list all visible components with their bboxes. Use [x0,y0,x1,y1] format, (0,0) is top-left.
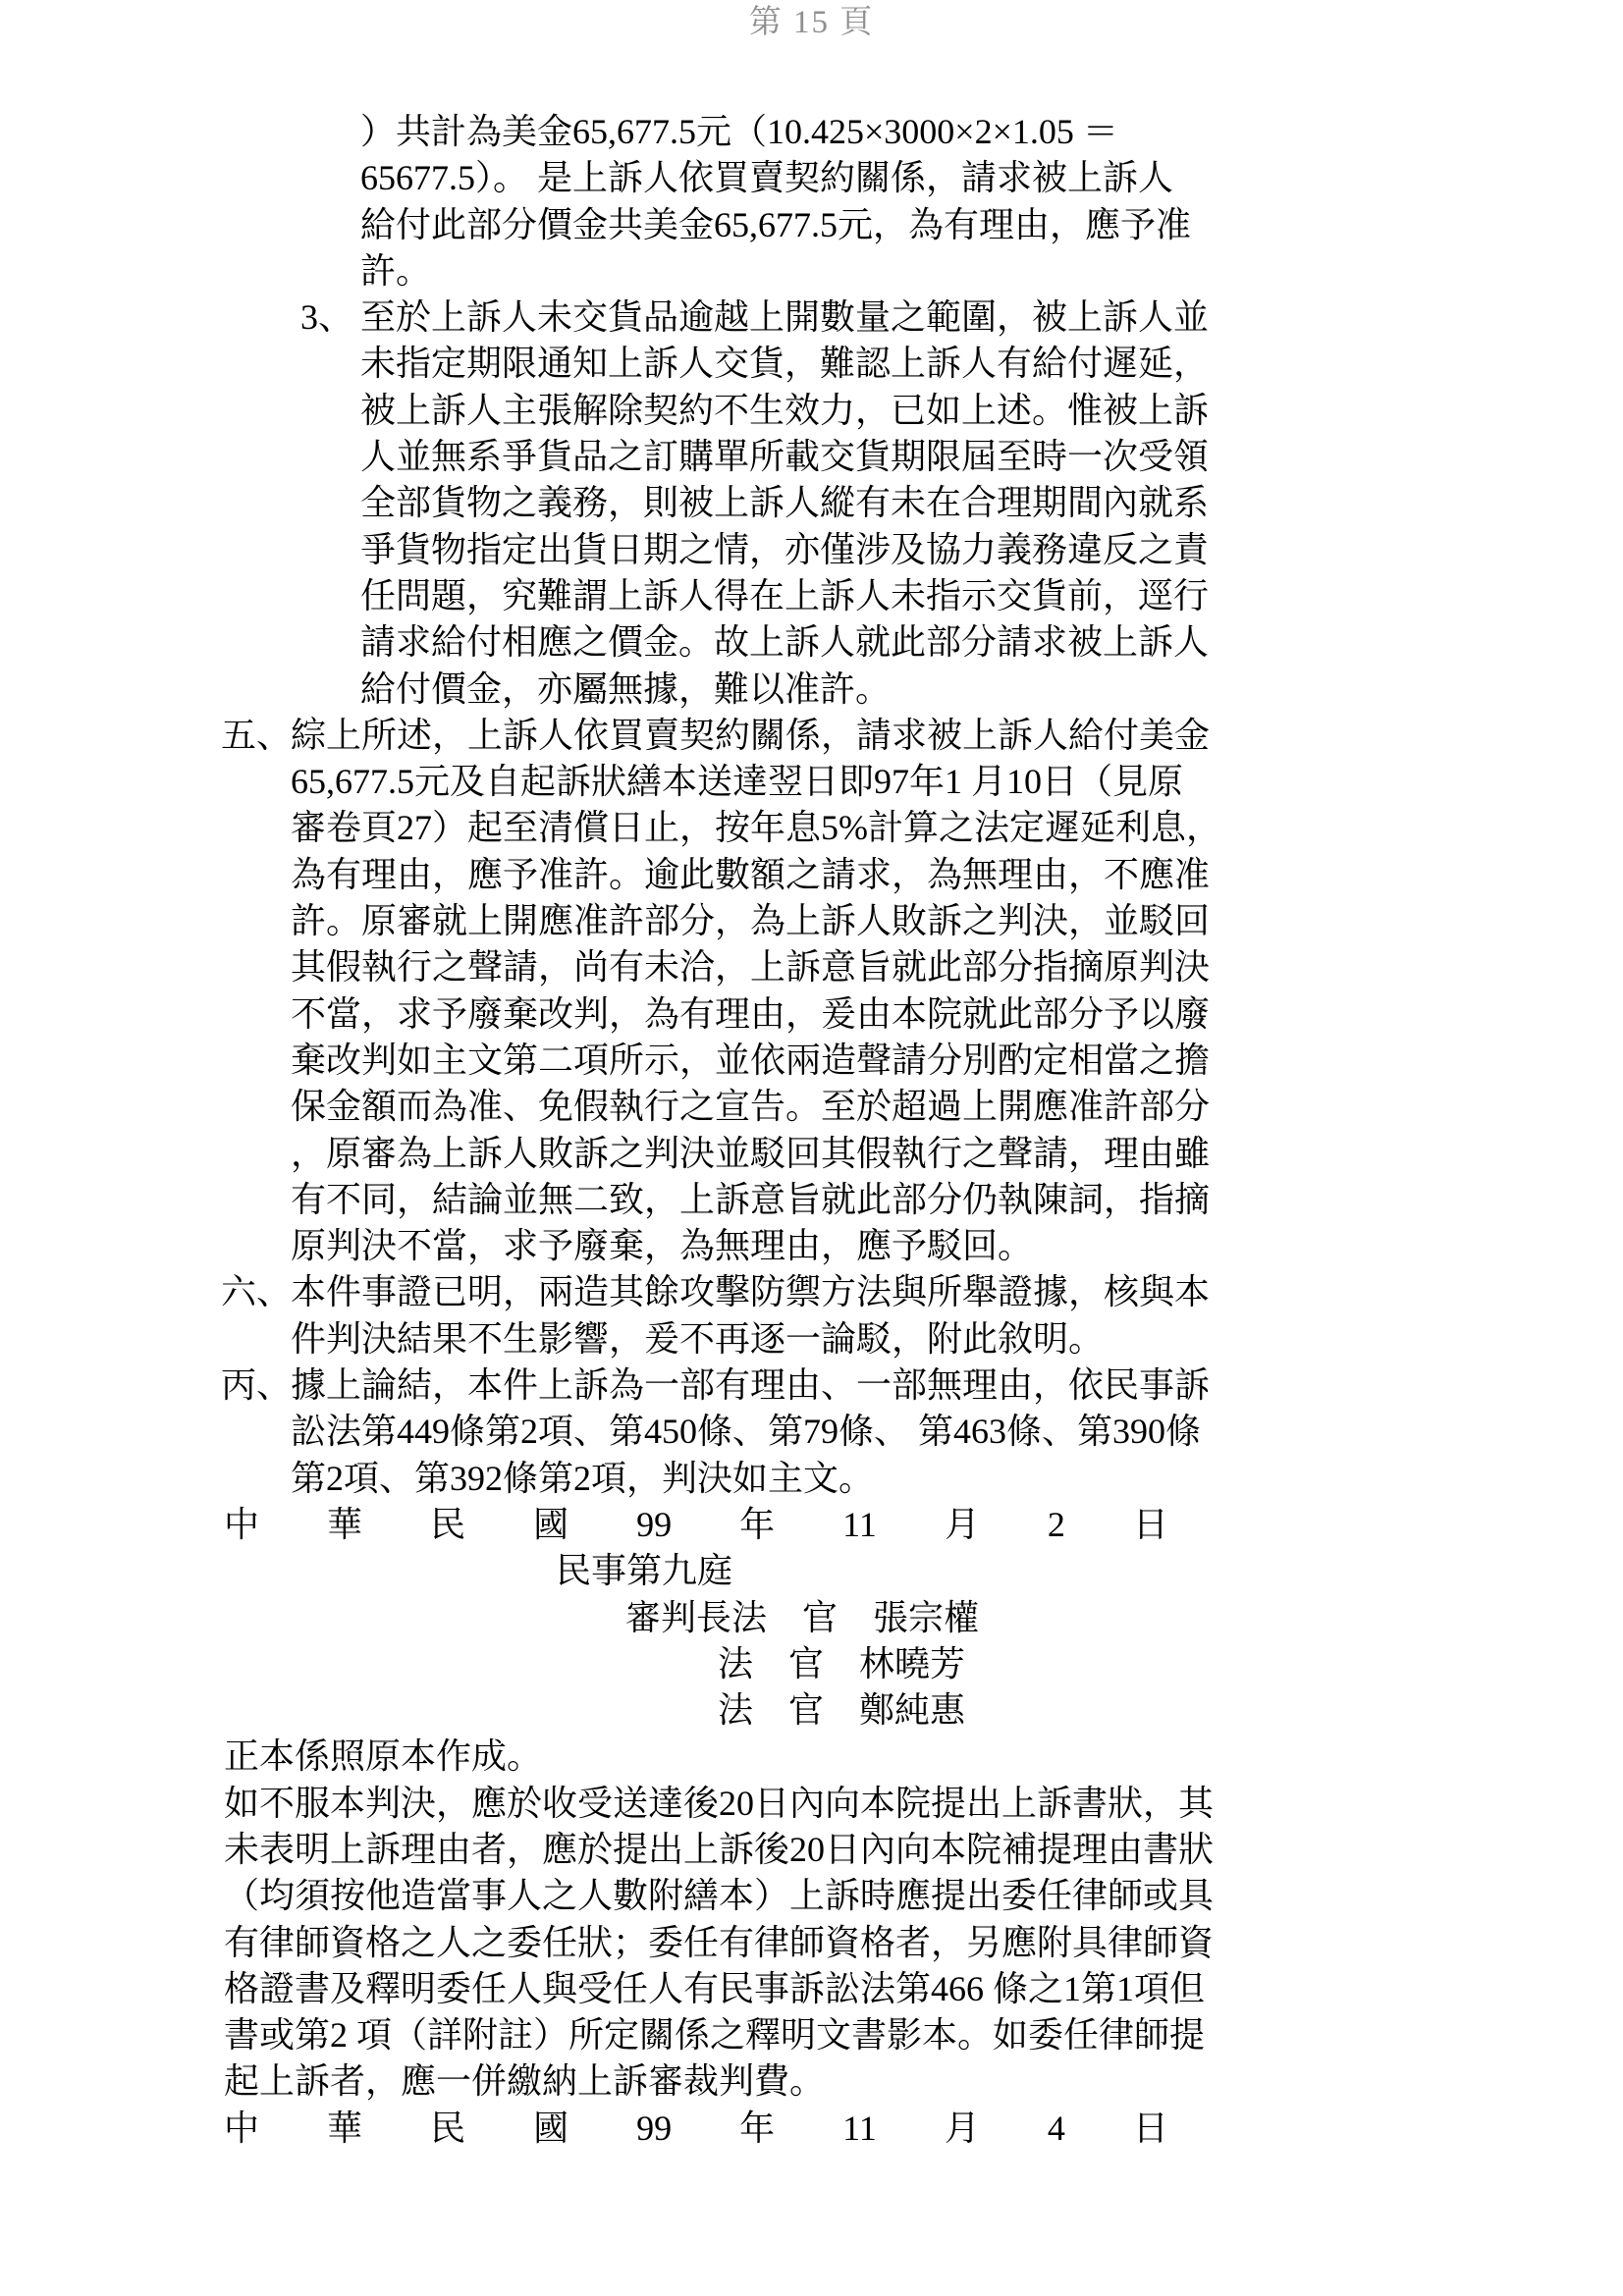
text-line: 件判決結果不生影響，爰不再逐一論駁，附此敘明。 [0,1316,1623,1362]
line-text: 書或第2 項（詳附註）所定關係之釋明文書影本。如委任律師提 [224,2015,1205,2055]
date-token: 日 [1133,1502,1168,1548]
page-footer: 第 15 頁 [0,0,1623,46]
text-line: 請求給付相應之價金。故上訴人就此部分請求被上訴人 [0,619,1623,666]
text-line: 給付此部分價金共美金65,677.5元，為有理由，應予准 [0,202,1623,248]
text-line: 法 官 林曉芳 [0,1641,1623,1687]
line-text: ）共計為美金65,677.5元（10.425×3000×2×1.05 ＝ [360,112,1118,151]
text-line: 3、至於上訴人未交貨品逾越上開數量之範圍，被上訴人並 [0,294,1623,341]
line-text: 有律師資格之人之委任狀；委任有律師資格者，另應附具律師資 [224,1923,1214,1962]
line-text: ，原審為上訴人敗訴之判決並駁回其假執行之聲請，理由雖 [291,1134,1210,1173]
line-text: 有不同，結論並無二致，上訴意旨就此部分仍執陳詞，指摘 [291,1180,1210,1219]
line-text: 任問題，究難謂上訴人得在上訴人未指示交貨前，逕行 [360,576,1209,615]
date-token: 國 [533,2106,568,2152]
line-text: （均須按他造當事人之人數附繕本）上訴時應提出委任律師或具 [224,1876,1214,1915]
text-line: 原判決不當，求予廢棄，為無理由，應予駁回。 [0,1223,1623,1269]
line-text: 不當，求予廢棄改判，為有理由，爰由本院就此部分予以廢 [291,994,1210,1034]
text-line: 有律師資格之人之委任狀；委任有律師資格者，另應附具律師資 [0,1920,1623,1966]
text-line: 任問題，究難謂上訴人得在上訴人未指示交貨前，逕行 [0,573,1623,619]
line-text: 65,677.5元及自起訴狀繕本送達翌日即97年1 月10日（見原 [291,762,1183,801]
text-line: 65,677.5元及自起訴狀繕本送達翌日即97年1 月10日（見原 [0,759,1623,805]
date-token: 11 [842,1502,877,1548]
text-line: 起上訴者，應一併繳納上訴審裁判費。 [0,2058,1623,2105]
date-token: 國 [533,1502,568,1548]
text-line: ，原審為上訴人敗訴之判決並駁回其假執行之聲請，理由雖 [0,1131,1623,1177]
text-line: ）共計為美金65,677.5元（10.425×3000×2×1.05 ＝ [0,109,1623,155]
text-line: 爭貨物指定出貨日期之情，亦僅涉及協力義務違反之責 [0,527,1623,573]
date-token: 民 [430,1502,465,1548]
line-text: 被上訴人主張解除契約不生效力，已如上述。惟被上訴 [360,391,1209,430]
text-line: 正本係照原本作成。 [0,1734,1623,1780]
text-line: 許。原審就上開應准許部分，為上訴人敗訴之判決，並駁回 [0,898,1623,944]
date-token: 中 [224,2106,259,2152]
line-text: 未指定期限通知上訴人交貨，難認上訴人有給付遲延， [360,344,1209,383]
line-text: 訟法第449條第2項、第450條、第79條、 第463條、第390條 [291,1412,1201,1451]
date-line: 中華民國99年11月4日 [0,2106,1168,2152]
date-token: 年 [739,1502,775,1548]
line-text: 本件事證已明，兩造其餘攻擊防禦方法與所舉證據，核與本 [291,1272,1210,1311]
text-line: 保金額而為准、免假執行之宣告。至於超過上開應准許部分 [0,1084,1623,1130]
line-text: 如不服本判決，應於收受送達後20日內向本院提出上訴書狀，其 [224,1784,1214,1823]
date-token: 月 [945,2106,980,2152]
line-text: 許。原審就上開應准許部分，為上訴人敗訴之判決，並駁回 [291,901,1210,940]
text-line: 其假執行之聲請，尚有未洽，上訴意旨就此部分指摘原判決 [0,944,1623,990]
line-text: 第2項、第392條第2項，判決如主文。 [291,1459,874,1498]
date-token: 民 [430,2106,465,2152]
text-line: 審判長法 官 張宗權 [0,1595,1623,1641]
date-token: 中 [224,1502,259,1548]
text-line: 為有理由，應予准許。逾此數額之請求，為無理由，不應准 [0,852,1623,898]
line-text: 棄改判如主文第二項所示，並依兩造聲請分別酌定相當之擔 [291,1041,1210,1080]
line-text: 爭貨物指定出貨日期之情，亦僅涉及協力義務違反之責 [360,530,1209,569]
line-text: 格證書及釋明委任人與受任人有民事訴訟法第466 條之1第1項但 [224,1969,1205,2008]
text-line: 棄改判如主文第二項所示，並依兩造聲請分別酌定相當之擔 [0,1038,1623,1084]
line-text: 給付此部分價金共美金65,677.5元，為有理由，應予准 [360,205,1191,244]
date-token: 11 [842,2106,877,2152]
line-text: 許。 [360,251,431,291]
date-line: 中華民國99年11月2日 [0,1502,1168,1548]
date-token: 月 [945,1502,980,1548]
list-marker: 3、 [300,294,353,341]
text-line: 給付價金，亦屬無據，難以准許。 [0,667,1623,713]
text-line: 未指定期限通知上訴人交貨，難認上訴人有給付遲延， [0,341,1623,387]
text-line: 不當，求予廢棄改判，為有理由，爰由本院就此部分予以廢 [0,991,1623,1038]
line-text: 民事第九庭 [556,1551,732,1590]
text-line: （均須按他造當事人之人數附繕本）上訴時應提出委任律師或具 [0,1873,1623,1919]
line-text: 法 官 林曉芳 [718,1644,965,1683]
date-token: 99 [636,1502,672,1548]
line-text: 65677.5）。 是上訴人依買賣契約關係，請求被上訴人 [360,158,1173,197]
judgment-text: ）共計為美金65,677.5元（10.425×3000×2×1.05 ＝6567… [0,109,1623,2152]
line-text: 未表明上訴理由者，應於提出上訴後20日內向本院補提理由書狀 [224,1830,1214,1869]
line-text: 審判長法 官 張宗權 [625,1598,979,1637]
list-marker: 丙、 [221,1362,292,1409]
text-line: 六、本件事證已明，兩造其餘攻擊防禦方法與所舉證據，核與本 [0,1269,1623,1315]
text-line: 人並無系爭貨品之訂購單所載交貨期限屆至時一次受領 [0,434,1623,480]
text-line: 有不同，結論並無二致，上訴意旨就此部分仍執陳詞，指摘 [0,1177,1623,1223]
text-line: 法 官 鄭純惠 [0,1687,1623,1734]
list-marker: 五、 [221,713,292,759]
judgment-page: ）共計為美金65,677.5元（10.425×3000×2×1.05 ＝6567… [0,0,1623,2296]
list-marker: 六、 [221,1269,292,1315]
text-line: 被上訴人主張解除契約不生效力，已如上述。惟被上訴 [0,388,1623,434]
date-token: 2 [1048,1502,1065,1548]
line-text: 原判決不當，求予廢棄，為無理由，應予駁回。 [291,1226,1033,1265]
text-line: 如不服本判決，應於收受送達後20日內向本院提出上訴書狀，其 [0,1781,1623,1827]
date-token: 華 [327,1502,362,1548]
line-text: 為有理由，應予准許。逾此數額之請求，為無理由，不應准 [291,855,1210,894]
line-text: 人並無系爭貨品之訂購單所載交貨期限屆至時一次受領 [360,437,1209,476]
text-line: 格證書及釋明委任人與受任人有民事訴訟法第466 條之1第1項但 [0,1966,1623,2012]
line-text: 起上訴者，應一併繳納上訴審裁判費。 [224,2061,825,2101]
line-text: 全部貨物之義務，則被上訴人縱有未在合理期間內就系 [360,483,1209,522]
line-text: 據上論結，本件上訴為一部有理由、一部無理由，依民事訴 [291,1365,1210,1405]
line-text: 保金額而為准、免假執行之宣告。至於超過上開應准許部分 [291,1087,1210,1126]
line-text: 法 官 鄭純惠 [718,1690,965,1730]
page-number: 第 15 頁 [0,0,1623,46]
text-line: 民事第九庭 [0,1548,1623,1594]
date-token: 年 [739,2106,775,2152]
line-text: 件判決結果不生影響，爰不再逐一論駁，附此敘明。 [291,1319,1104,1359]
text-line: 未表明上訴理由者，應於提出上訴後20日內向本院補提理由書狀 [0,1827,1623,1873]
line-text: 請求給付相應之價金。故上訴人就此部分請求被上訴人 [360,622,1209,662]
text-line: 書或第2 項（詳附註）所定關係之釋明文書影本。如委任律師提 [0,2012,1623,2058]
text-line: 訟法第449條第2項、第450條、第79條、 第463條、第390條 [0,1409,1623,1455]
line-text: 至於上訴人未交貨品逾越上開數量之範圍，被上訴人並 [360,297,1209,337]
text-line: 丙、據上論結，本件上訴為一部有理由、一部無理由，依民事訴 [0,1362,1623,1409]
text-line: 審卷頁27）起至清償日止，按年息5%計算之法定遲延利息， [0,805,1623,851]
line-text: 正本係照原本作成。 [224,1736,542,1776]
line-text: 給付價金，亦屬無據，難以准許。 [360,669,891,709]
text-line: 65677.5）。 是上訴人依買賣契約關係，請求被上訴人 [0,155,1623,201]
line-text: 綜上所述，上訴人依買賣契約關係，請求被上訴人給付美金 [291,716,1210,755]
text-line: 第2項、第392條第2項，判決如主文。 [0,1456,1623,1502]
date-token: 日 [1133,2106,1168,2152]
text-line: 全部貨物之義務，則被上訴人縱有未在合理期間內就系 [0,480,1623,526]
date-token: 4 [1048,2106,1065,2152]
line-text: 審卷頁27）起至清償日止，按年息5%計算之法定遲延利息， [291,808,1221,847]
line-text: 其假執行之聲請，尚有未洽，上訴意旨就此部分指摘原判決 [291,947,1210,987]
text-line: 許。 [0,248,1623,294]
date-token: 華 [327,2106,362,2152]
date-token: 99 [636,2106,672,2152]
text-line: 五、綜上所述，上訴人依買賣契約關係，請求被上訴人給付美金 [0,713,1623,759]
